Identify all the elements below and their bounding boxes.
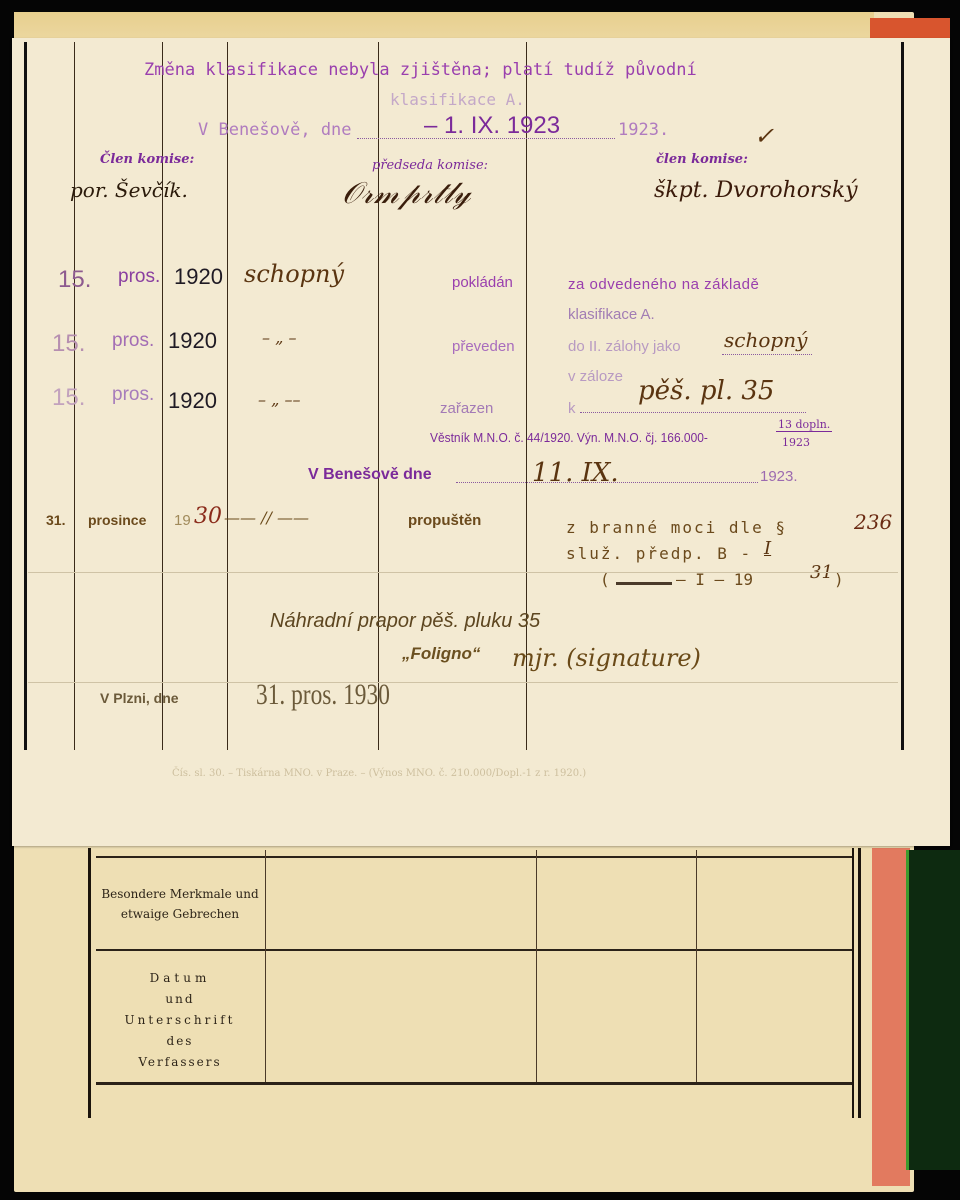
- unit-stamp-date: 31. pros. 1930: [256, 678, 390, 712]
- dotted-line: [722, 354, 812, 355]
- benesov-year: 1923.: [760, 468, 798, 485]
- discharge-day: 31.: [46, 512, 65, 528]
- unit-commander-signature: mjr. (signature): [512, 644, 701, 672]
- lower-table: Besondere Merkmale und etwaige Gebrechen…: [92, 856, 854, 1088]
- front-sheet: Změna klasifikace nebyla zjištěna; platí…: [12, 38, 950, 846]
- discharge-line2: služ. předp. B -: [566, 544, 752, 563]
- discharge-month: prosince: [88, 512, 146, 528]
- entry-month: pros.: [112, 384, 154, 406]
- signature-member-left: por. Ševčík.: [70, 178, 188, 202]
- discharge-year-hand: 30: [194, 504, 222, 529]
- table-col-line: [536, 850, 537, 1082]
- entry-text: za odvedeného na základě: [568, 276, 759, 293]
- column-line: [162, 42, 163, 750]
- discharge-erased-line: [616, 582, 672, 585]
- entry-year: 1920: [168, 388, 217, 414]
- commission-member-left-label: Člen komise:: [100, 152, 194, 167]
- red-spine: [872, 848, 910, 1186]
- benesov-place: V Benešově dne: [308, 466, 432, 484]
- column-line: [227, 42, 228, 750]
- column-line: [378, 42, 379, 750]
- entry-month: pros.: [112, 330, 154, 352]
- lower-right-border-2: [858, 848, 861, 1118]
- discharge-line1: z branné moci dle §: [566, 518, 787, 537]
- red-cover-edge: [870, 18, 950, 40]
- dotted-line: [580, 412, 806, 413]
- commission-chairman-label: předseda komise:: [372, 158, 488, 173]
- reclassification-year: 1923.: [618, 120, 669, 140]
- entry-hand-value: pěš. pl. 35: [638, 376, 774, 406]
- benesov-hand-date: 11. IX.: [532, 458, 619, 488]
- entry-month: pros.: [118, 266, 160, 288]
- commission-member-right-label: člen komise:: [656, 152, 748, 167]
- table-rule: [96, 1082, 852, 1085]
- green-cover: [906, 850, 960, 1170]
- faint-rule: [28, 682, 898, 683]
- unit-stamp-line2: „Foligno“: [402, 644, 480, 664]
- entry-text2: v záloze: [568, 368, 623, 385]
- sheet-left-border: [24, 42, 27, 750]
- entry-handwritten: – „ –: [262, 328, 296, 347]
- reclassification-line1: Změna klasifikace nebyla zjištěna; platí…: [144, 60, 697, 80]
- entry-year: 1920: [174, 264, 223, 290]
- row-label-special-marks: Besondere Merkmale und etwaige Gebrechen: [96, 884, 264, 924]
- reclassification-place: V Benešově, dne: [198, 120, 352, 140]
- entry-day: 15.: [52, 330, 85, 358]
- entry-action: zařazen: [440, 400, 493, 417]
- discharge-handwritten: —— // ——: [224, 508, 309, 527]
- entry-hand-value: schopný: [724, 328, 807, 352]
- gazette-fraction-bottom: 1923: [782, 436, 810, 449]
- discharge-action: propuštěn: [408, 512, 481, 529]
- table-col-line: [265, 850, 266, 1082]
- entry-text2: klasifikace A.: [568, 306, 655, 323]
- table-col-line: [696, 850, 697, 1082]
- lower-left-border: [88, 848, 91, 1118]
- row-label-date-signature: Datum und Unterschrift des Verfassers: [96, 968, 264, 1073]
- entry-handwritten: schopný: [244, 260, 344, 288]
- gazette-fraction-top: 13 dopln.: [776, 418, 832, 432]
- faint-rule: [28, 572, 898, 573]
- reclassification-date-stamp: – 1. IX. 1923: [424, 112, 560, 140]
- entry-action: pokládán: [452, 274, 513, 291]
- entry-year: 1920: [168, 328, 217, 354]
- unit-stamp-line1: Náhradní prapor pěš. pluku 35: [270, 610, 540, 633]
- sheet-right-border: [901, 42, 904, 750]
- discharge-year-printed: 19: [174, 512, 191, 529]
- entry-handwritten: – „ ––: [258, 390, 300, 409]
- discharge-line2-hand: I: [764, 538, 771, 559]
- table-rule: [96, 949, 852, 951]
- entry-day: 15.: [58, 266, 91, 294]
- checkmark-icon: ✓: [754, 122, 774, 150]
- reclassification-line2: klasifikace A.: [390, 90, 525, 109]
- gazette-reference: Věstník M.N.O. č. 44/1920. Výn. M.N.O. č…: [430, 430, 708, 445]
- entry-text: k: [568, 400, 576, 417]
- unit-stamp-place: V Plzni, dne: [100, 690, 179, 706]
- entry-text: do II. zálohy jako: [568, 338, 681, 355]
- discharge-paragraph-hand: 236: [854, 510, 892, 534]
- table-rule: [96, 856, 852, 858]
- signature-member-right: škpt. Dvorohorský: [654, 178, 858, 203]
- faint-printer-footer: Čís. sl. 30. – Tiskárna MNO. v Praze. – …: [172, 768, 586, 779]
- entry-day: 15.: [52, 384, 85, 412]
- signature-chairman: 𝒪𝓇𝓂𝓅𝓇𝓉𝓁𝓎: [342, 176, 470, 211]
- entry-action: převeden: [452, 338, 515, 355]
